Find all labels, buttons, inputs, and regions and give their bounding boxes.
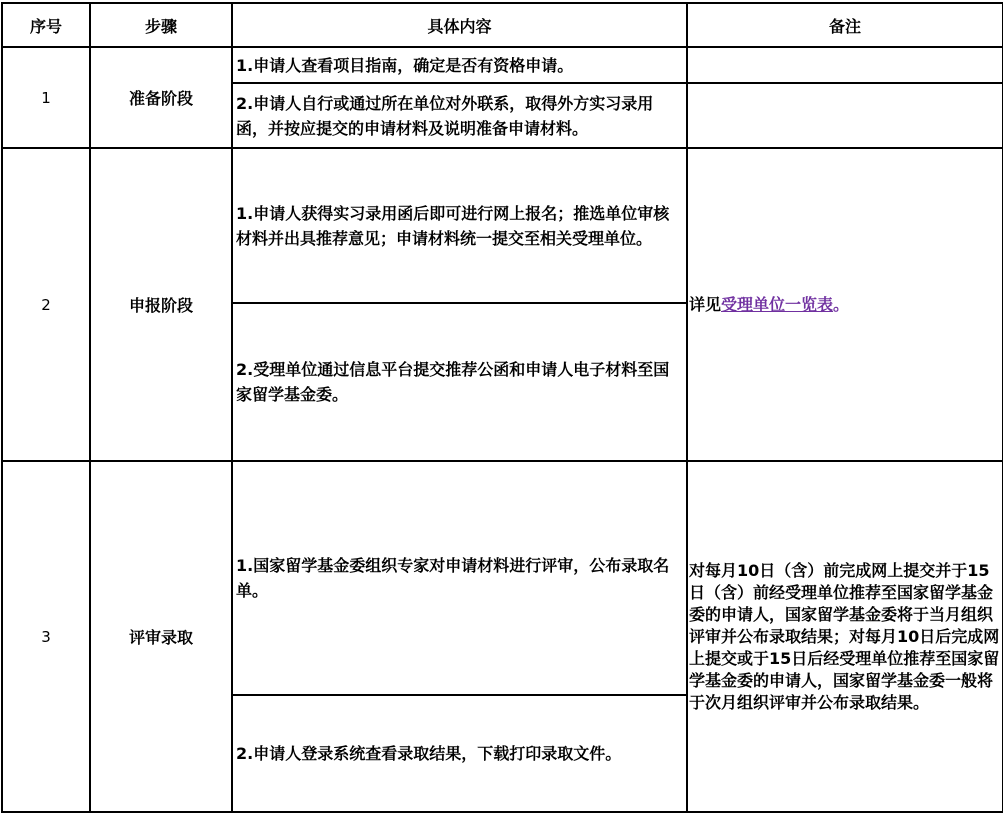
remark-prefix-text: 详见	[689, 295, 721, 314]
row3-content-item2: 2.申请人登录系统查看录取结果，下载打印录取文件。	[232, 695, 687, 812]
row1-content-item1: 1.申请人查看项目指南，确定是否有资格申请。	[232, 47, 687, 83]
row2-index: 2	[2, 148, 90, 461]
row2-step: 申报阶段	[90, 148, 232, 461]
procedure-table: 序号 步骤 具体内容 备注 1 准备阶段 1.申请人查看项目指南，确定是否有资格…	[1, 2, 1003, 813]
column-header-step: 步骤	[90, 3, 232, 47]
document-page: 序号 步骤 具体内容 备注 1 准备阶段 1.申请人查看项目指南，确定是否有资格…	[0, 0, 1003, 814]
row1-index: 1	[2, 47, 90, 148]
column-header-index: 序号	[2, 3, 90, 47]
row3-remark: 对每月10日（含）前完成网上提交并于15日（含）前经受理单位推荐至国家留学基金委…	[687, 461, 1003, 812]
column-header-remark: 备注	[687, 3, 1003, 47]
row1-content-item2: 2.申请人自行或通过所在单位对外联系，取得外方实习录用函，并按应提交的申请材料及…	[232, 83, 687, 148]
table-row: 3 评审录取 1.国家留学基金委组织专家对申请材料进行评审，公布录取名单。 对每…	[2, 461, 1003, 695]
row2-content-item2: 2.受理单位通过信息平台提交推荐公函和申请人电子材料至国家留学基金委。	[232, 303, 687, 461]
row1-step: 准备阶段	[90, 47, 232, 148]
table-row: 2 申报阶段 1.申请人获得实习录用函后即可进行网上报名；推选单位审核材料并出具…	[2, 148, 1003, 303]
row2-content-item1: 1.申请人获得实习录用函后即可进行网上报名；推选单位审核材料并出具推荐意见；申请…	[232, 148, 687, 303]
row1-remark-empty1	[687, 47, 1003, 83]
acceptance-units-list-link[interactable]: 受理单位一览表	[721, 295, 833, 314]
table-row: 1 准备阶段 1.申请人查看项目指南，确定是否有资格申请。	[2, 47, 1003, 83]
remark-suffix-text: 。	[833, 295, 849, 314]
header-row: 序号 步骤 具体内容 备注	[2, 3, 1003, 47]
row3-content-item1: 1.国家留学基金委组织专家对申请材料进行评审，公布录取名单。	[232, 461, 687, 695]
row2-remark: 详见受理单位一览表。	[687, 148, 1003, 461]
column-header-content: 具体内容	[232, 3, 687, 47]
row3-step: 评审录取	[90, 461, 232, 812]
row3-index: 3	[2, 461, 90, 812]
row1-remark-empty2	[687, 83, 1003, 148]
